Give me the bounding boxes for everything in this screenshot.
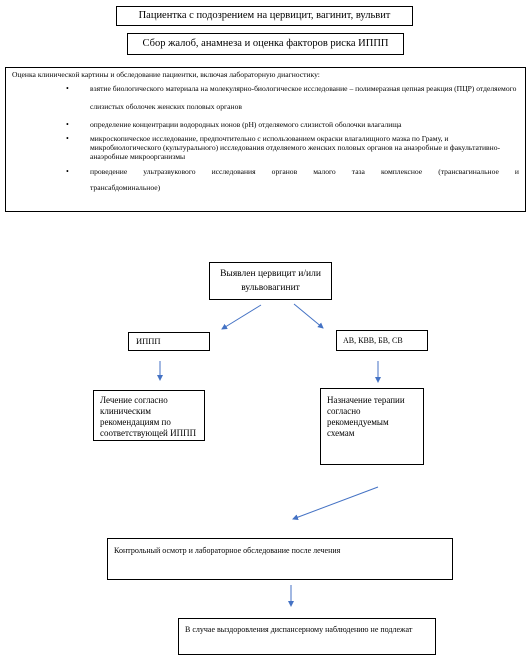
node-final-outcome: В случае выздоровления диспансерному наб… <box>178 618 436 655</box>
node-clinical-evaluation: Оценка клинической картины и обследовани… <box>5 67 526 212</box>
evaluation-list: взятие биологического материала на молек… <box>12 80 519 181</box>
node-branch-vaginitis-types: АВ, КВВ, БВ, СВ <box>336 330 428 351</box>
evaluation-item-ultrasound: проведение ультразвукового исследования … <box>82 163 519 181</box>
node-treatment-sti: Лечение согласно клиническим рекомендаци… <box>93 390 205 441</box>
node-branch-sti: ИППП <box>128 332 210 351</box>
evaluation-heading: Оценка клинической картины и обследовани… <box>12 70 519 80</box>
evaluation-item-microscopy: микроскопическое исследование, предпочти… <box>82 134 519 161</box>
arrow-treatment-to-control <box>293 487 378 519</box>
node-collect-history: Сбор жалоб, анамнеза и оценка факторов р… <box>127 33 404 55</box>
arrow-found-to-sti <box>222 305 261 329</box>
evaluation-item-ultrasound-tail: трансабдоминальное) <box>12 181 519 195</box>
evaluation-item-pcr: взятие биологического материала на молек… <box>82 80 519 116</box>
node-diagnosis-found: Выявлен цервицит и/или вульвовагинит <box>209 262 332 300</box>
evaluation-item-ph: определение концентрации водородных ионо… <box>82 116 519 134</box>
node-treatment-schemes: Назначение терапии согласно рекомендуемы… <box>320 388 424 465</box>
node-control-exam: Контрольный осмотр и лабораторное обслед… <box>107 538 453 580</box>
start-node-patient-suspected: Пациентка с подозрением на цервицит, ваг… <box>116 6 413 26</box>
arrow-found-to-vaginitis <box>294 304 323 328</box>
